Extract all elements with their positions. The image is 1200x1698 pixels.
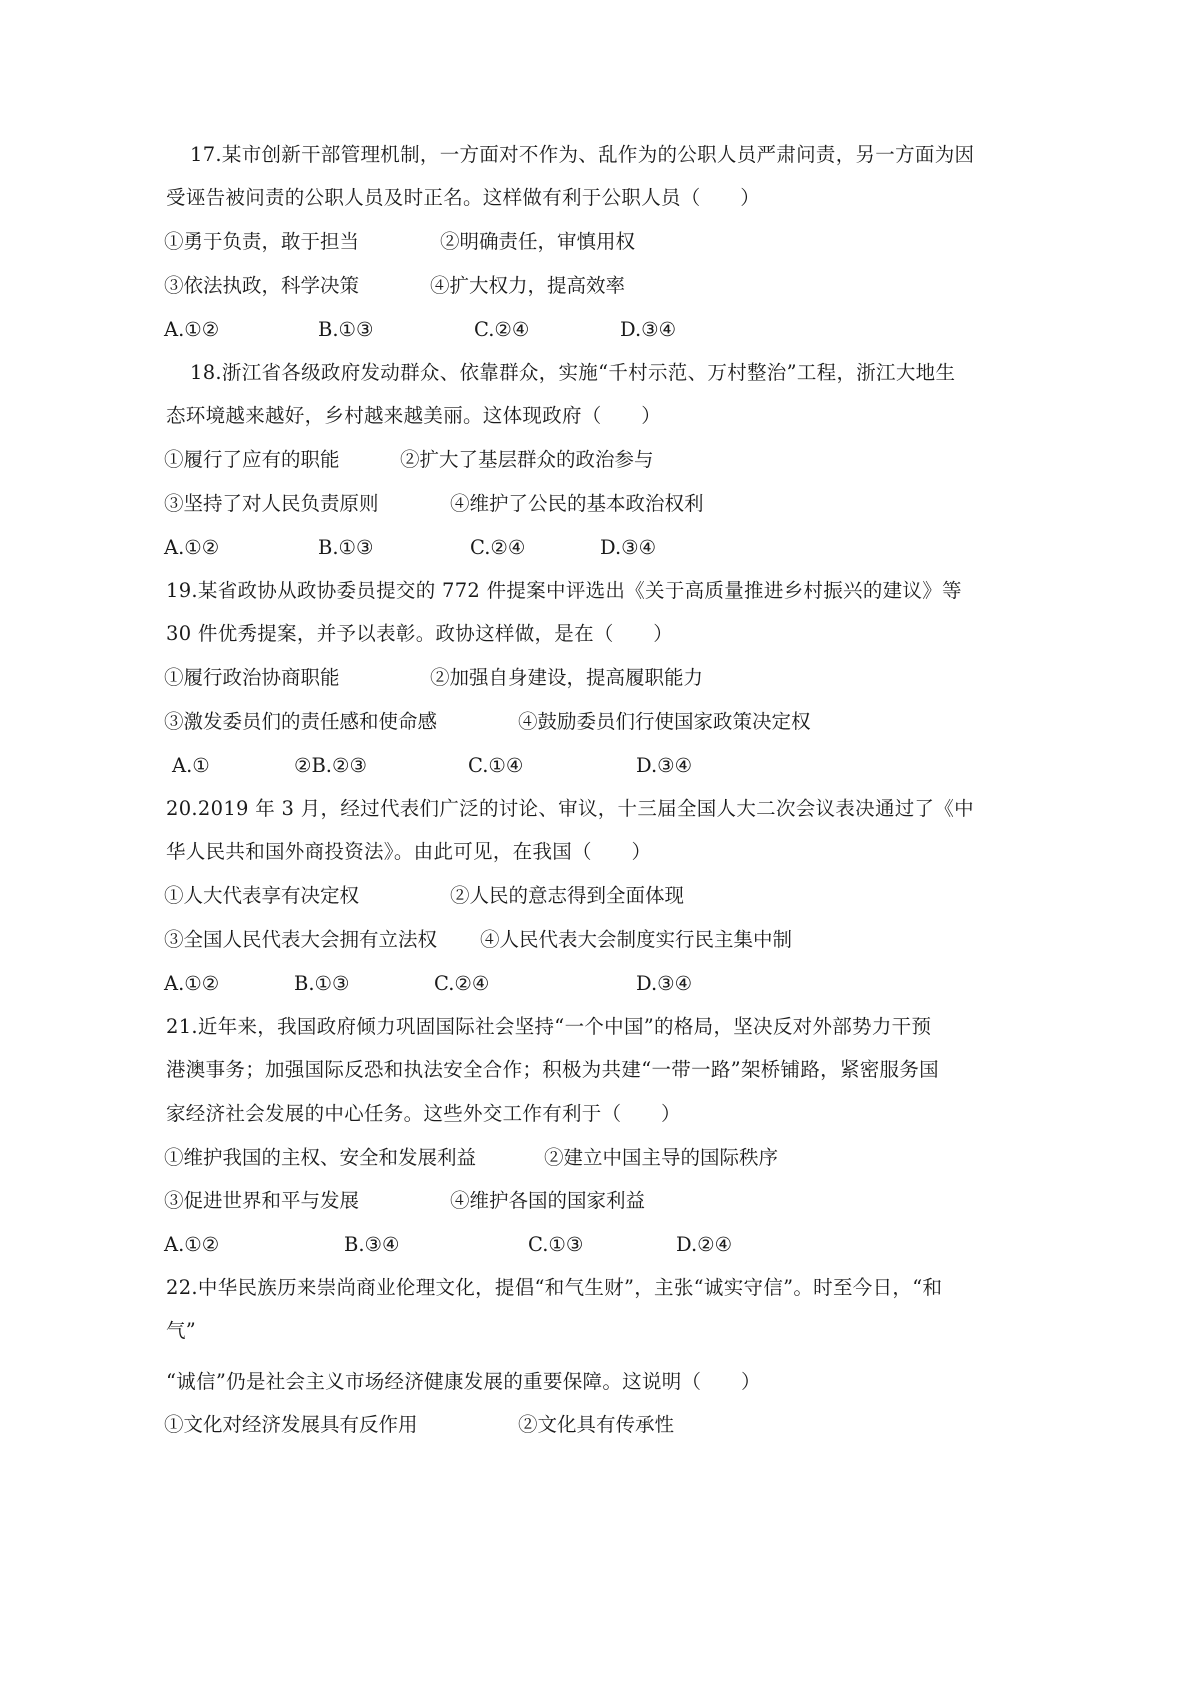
question-stem-line: “诚信”仍是社会主义市场经济健康发展的重要保障。这说明（ ）	[166, 1370, 761, 1394]
statement-4: ④维护了公民的基本政治权利	[450, 492, 704, 516]
choice-a: A.①②	[164, 1233, 219, 1257]
statement-2: ②建立中国主导的国际秩序	[544, 1146, 778, 1170]
question-stem-line: 20.2019 年 3 月，经过代表们广泛的讨论、审议，十三届全国人大二次会议表…	[166, 797, 974, 821]
question-stem-line: 17.某市创新干部管理机制，一方面对不作为、乱作为的公职人员严肃问责，另一方面为…	[190, 143, 974, 167]
choice-d: D.③④	[600, 536, 656, 560]
statement-1: ①文化对经济发展具有反作用	[164, 1413, 418, 1437]
statement-1: ①人大代表享有决定权	[164, 884, 359, 908]
choice-a: A.①②	[164, 972, 219, 996]
question-stem-line: 气”	[166, 1319, 196, 1343]
question-stem-line: 19.某省政协从政协委员提交的 772 件提案中评选出《关于高质量推进乡村振兴的…	[166, 579, 962, 603]
choice-a: A.①②	[164, 318, 219, 342]
choice-a: A.①②	[164, 536, 219, 560]
choice-c: C.②④	[474, 318, 529, 342]
statement-3: ③激发委员们的责任感和使命感	[164, 710, 437, 734]
statement-4: ④人民代表大会制度实行民主集中制	[480, 928, 792, 952]
statement-4: ④鼓励委员们行使国家政策决定权	[518, 710, 811, 734]
choice-c: C.②④	[434, 972, 489, 996]
choice-c: C.①③	[528, 1233, 583, 1257]
statement-3: ③坚持了对人民负责原则	[164, 492, 379, 516]
question-stem-line: 22.中华民族历来崇尚商业伦理文化，提倡“和气生财”，主张“诚实守信”。时至今日…	[166, 1276, 942, 1300]
statement-2: ②人民的意志得到全面体现	[450, 884, 684, 908]
choice-d: D.②④	[676, 1233, 732, 1257]
statement-2: ②明确责任，审慎用权	[440, 230, 635, 254]
statement-3: ③全国人民代表大会拥有立法权	[164, 928, 437, 952]
statement-2: ②扩大了基层群众的政治参与	[400, 448, 654, 472]
statement-3: ③促进世界和平与发展	[164, 1189, 359, 1213]
statement-1: ①履行了应有的职能	[164, 448, 340, 472]
statement-1: ①维护我国的主权、安全和发展利益	[164, 1146, 476, 1170]
statement-1: ①履行政治协商职能	[164, 666, 340, 690]
question-stem-line: 21.近年来，我国政府倾力巩固国际社会坚持“一个中国”的格局，坚决反对外部势力干…	[166, 1015, 931, 1039]
choice-b: B.①③	[318, 536, 374, 560]
question-stem-line: 华人民共和国外商投资法》。由此可见，在我国（ ）	[166, 840, 651, 864]
choice-b: B.①③	[318, 318, 374, 342]
question-stem-line: 受诬告被问责的公职人员及时正名。这样做有利于公职人员（ ）	[166, 186, 760, 210]
choice-c: C.①④	[468, 754, 523, 778]
statement-4: ④扩大权力，提高效率	[430, 274, 625, 298]
choice-b: B.③④	[344, 1233, 400, 1257]
choice-b: B.①③	[294, 972, 350, 996]
statement-2: ②加强自身建设，提高履职能力	[430, 666, 703, 690]
choice-d: D.③④	[636, 754, 692, 778]
statement-4: ④维护各国的国家利益	[450, 1189, 645, 1213]
choice-d: D.③④	[620, 318, 676, 342]
question-stem-line: 30 件优秀提案，并予以表彰。政协这样做，是在（ ）	[166, 622, 673, 646]
question-stem-line: 港澳事务；加强国际反恐和执法安全合作；积极为共建“一带一路”架桥铺路，紧密服务国	[166, 1058, 939, 1082]
choice-a: A.①	[172, 754, 210, 778]
choice-b: ②B.②③	[294, 754, 367, 778]
choice-c: C.②④	[470, 536, 525, 560]
choice-d: D.③④	[636, 972, 692, 996]
statement-2: ②文化具有传承性	[518, 1413, 674, 1437]
question-stem-line: 家经济社会发展的中心任务。这些外交工作有利于（ ）	[166, 1102, 681, 1126]
statement-3: ③依法执政，科学决策	[164, 274, 359, 298]
question-stem-line: 态环境越来越好，乡村越来越美丽。这体现政府（ ）	[166, 404, 661, 428]
statement-1: ①勇于负责，敢于担当	[164, 230, 359, 254]
question-stem-line: 18.浙江省各级政府发动群众、依靠群众，实施“千村示范、万村整治”工程，浙江大地…	[190, 361, 955, 385]
